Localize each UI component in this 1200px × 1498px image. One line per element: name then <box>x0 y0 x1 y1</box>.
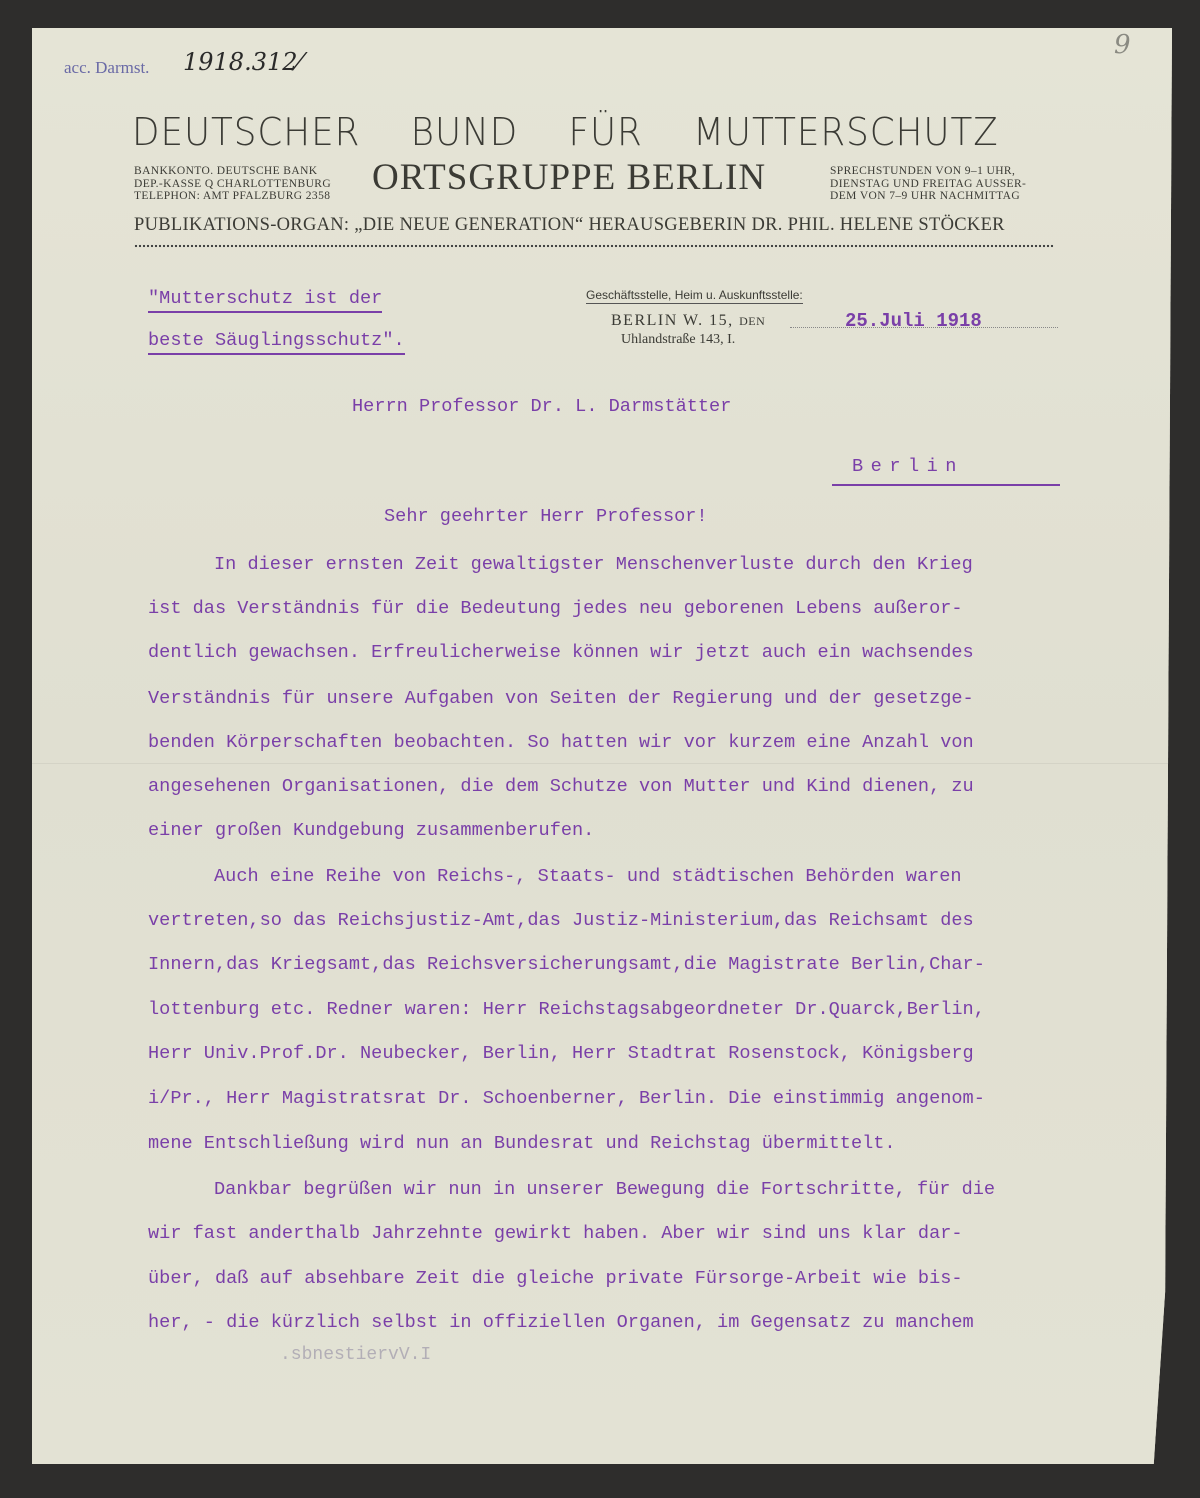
motto-line-1: "Mutterschutz ist der <box>148 288 382 309</box>
office-street: Uhlandstraße 143, I. <box>621 332 735 348</box>
bank-line: TELEPHON: AMT PFALZBURG 2358 <box>134 190 364 203</box>
body-line: Innern,das Kriegsamt,das Reichsversicher… <box>148 954 985 975</box>
letterhead-subtitle: ORTSGRUPPE BERLIN <box>372 156 766 199</box>
body-line: dentlich gewachsen. Erfreulicherweise kö… <box>148 642 974 663</box>
body-line: In dieser ernsten Zeit gewaltigster Mens… <box>214 554 973 575</box>
bleed-through-text: .sbnestiervV.I <box>280 1345 431 1365</box>
body-line: einer großen Kundgebung zusammenberufen. <box>148 820 594 841</box>
motto-text: beste Säuglingsschutz". <box>148 330 405 355</box>
body-line: Dankbar begrüßen wir nun in unserer Bewe… <box>214 1179 995 1200</box>
archive-stamp: acc. Darmst. <box>64 58 149 78</box>
handwritten-accession-number: 1918.312⁄ <box>183 48 302 76</box>
body-line: angesehenen Organisationen, die dem Schu… <box>148 776 974 797</box>
recipient-name: Herrn Professor Dr. L. Darmstätter <box>352 396 731 417</box>
office-city: BERLIN W. 15, DEN <box>611 312 765 330</box>
body-line: wir fast anderthalb Jahrzehnte gewirkt h… <box>148 1223 963 1244</box>
body-line: Verständnis für unsere Aufgaben von Seit… <box>148 688 974 709</box>
office-city-text: BERLIN W. 15, <box>611 312 739 329</box>
body-line: lottenburg etc. Redner waren: Herr Reich… <box>148 999 985 1020</box>
bank-line: BANKKONTO. DEUTSCHE BANK <box>134 165 364 178</box>
hours-line: DIENSTAG UND FREITAG AUSSER- <box>830 178 1055 191</box>
letterhead-title: DEUTSCHER BUND FÜR MUTTERSCHUTZ <box>132 110 999 154</box>
body-line: Herr Univ.Prof.Dr. Neubecker, Berlin, He… <box>148 1043 974 1064</box>
body-line: über, daß auf absehbare Zeit die gleiche… <box>148 1268 963 1289</box>
paper-fold <box>32 763 1172 764</box>
hours-line: SPRECHSTUNDEN VON 9–1 UHR, <box>830 165 1055 178</box>
letterhead-bank-info: BANKKONTO. DEUTSCHE BANK DEP.-KASSE Q CH… <box>134 165 364 203</box>
motto-line-2: beste Säuglingsschutz". <box>148 330 405 351</box>
letterhead-office-hours: SPRECHSTUNDEN VON 9–1 UHR, DIENSTAG UND … <box>830 165 1055 203</box>
den-label: DEN <box>739 314 765 328</box>
body-line: her, - die kürzlich selbst in offizielle… <box>148 1312 974 1333</box>
salutation: Sehr geehrter Herr Professor! <box>384 506 708 527</box>
recipient-city-underline <box>832 484 1060 486</box>
body-line: ist das Verständnis für die Bedeutung je… <box>148 598 963 619</box>
letterhead-publication: PUBLIKATIONS-ORGAN: „DIE NEUE GENERATION… <box>134 215 1054 236</box>
hours-line: DEM VON 7–9 UHR NACHMITTAG <box>830 190 1055 203</box>
letter-date: 25.Juli 1918 <box>845 310 982 332</box>
page-number: 9 <box>1114 30 1131 60</box>
body-line: vertreten,so das Reichsjustiz-Amt,das Ju… <box>148 910 974 931</box>
body-line: benden Körperschaften beobachten. So hat… <box>148 732 974 753</box>
letterhead-dotted-rule <box>134 244 1054 248</box>
office-label: Geschäftsstelle, Heim u. Auskunftsstelle… <box>586 288 803 304</box>
body-line: mene Entschließung wird nun an Bundesrat… <box>148 1133 896 1154</box>
body-line: Auch eine Reihe von Reichs-, Staats- und… <box>214 866 962 887</box>
bank-line: DEP.-KASSE Q CHARLOTTENBURG <box>134 178 364 191</box>
body-line: i/Pr., Herr Magistratsrat Dr. Schoenbern… <box>148 1088 985 1109</box>
motto-text: "Mutterschutz ist der <box>148 288 382 313</box>
recipient-city: Berlin <box>852 456 964 477</box>
